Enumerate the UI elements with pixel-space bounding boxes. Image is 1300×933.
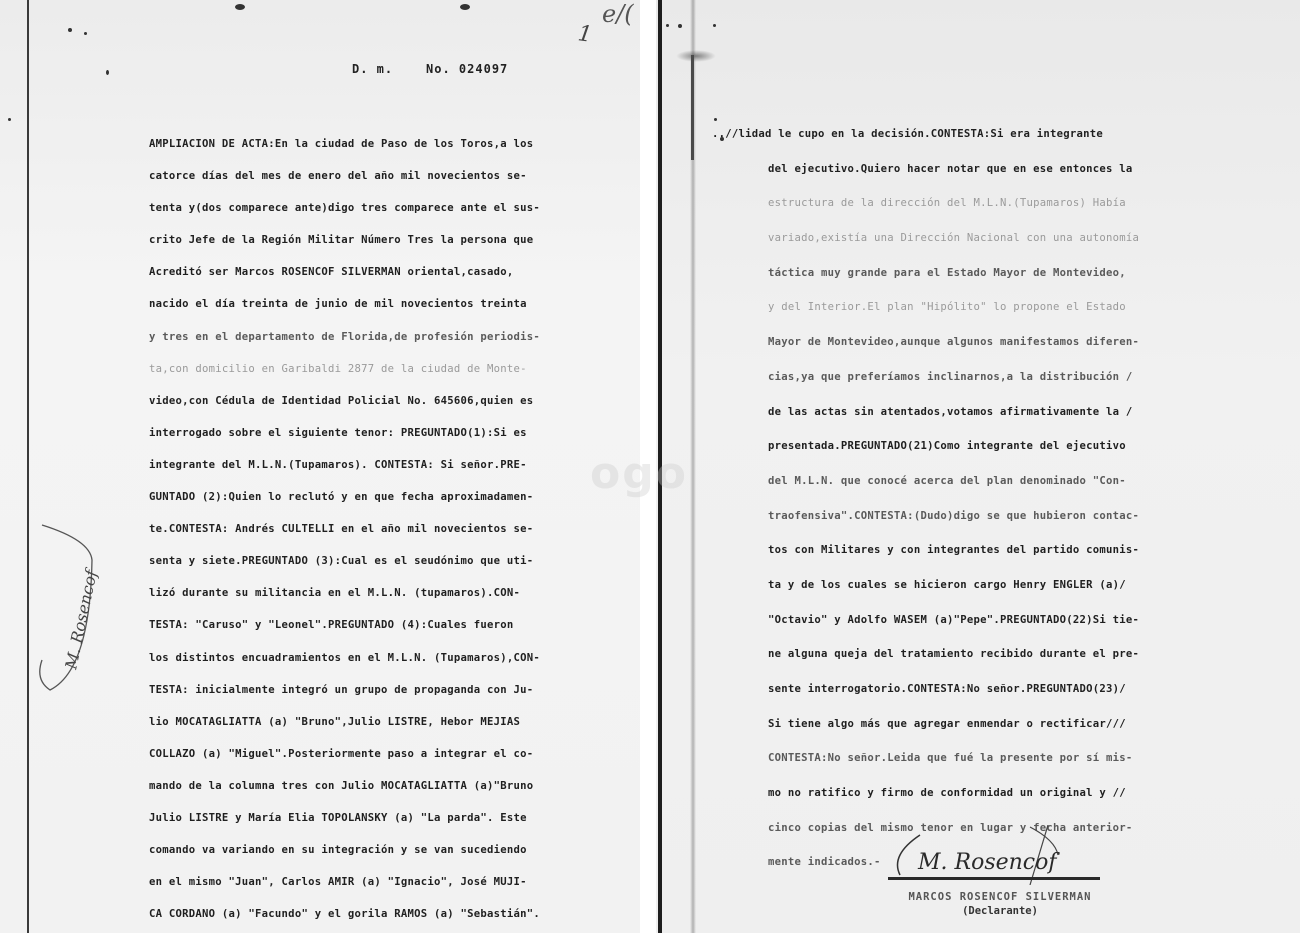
- text-line: mando de la columna tres con Julio MOCAT…: [149, 770, 619, 802]
- text-line: crito Jefe de la Región Militar Número T…: [149, 224, 619, 256]
- ink-speck: [68, 28, 72, 32]
- text-line: Acreditó ser Marcos ROSENCOF SILVERMAN o…: [149, 256, 619, 288]
- text-line: GUNTADO (2):Quien lo reclutó y en que fe…: [149, 481, 619, 513]
- text-line: Julio LISTRE y María Elia TOPOLANSKY (a)…: [149, 802, 619, 834]
- margin-signature-icon: M. Rosencof: [30, 520, 100, 700]
- text-line: táctica muy grande para el Estado Mayor …: [712, 256, 1232, 291]
- left-page-body-text: AMPLIACION DE ACTA:En la ciudad de Paso …: [149, 128, 619, 930]
- signature-block: M. Rosencof MARCOS ROSENCOF SILVERMAN (D…: [880, 825, 1120, 933]
- svg-text:M. Rosencof: M. Rosencof: [61, 565, 100, 671]
- text-line: estructura de la dirección del M.L.N.(Tu…: [712, 186, 1232, 221]
- text-line: traofensiva".CONTESTA:(Dudo)digo se que …: [712, 499, 1232, 534]
- text-line: de las actas sin atentados,votamos afirm…: [712, 395, 1232, 430]
- text-line: senta y siete.PREGUNTADO (3):Cual es el …: [149, 545, 619, 577]
- signer-role: (Declarante): [880, 905, 1120, 917]
- handwritten-page-number: 1: [576, 21, 593, 48]
- text-line: video,con Cédula de Identidad Policial N…: [149, 385, 619, 417]
- ink-speck: [666, 24, 669, 27]
- text-line: Si tiene algo más que agregar enmendar o…: [712, 707, 1232, 742]
- text-line: mo no ratifico y firmo de conformidad un…: [712, 776, 1232, 811]
- signature-line: [888, 877, 1100, 880]
- ink-speck: [8, 118, 11, 121]
- text-line: TESTA: "Caruso" y "Leonel".PREGUNTADO (4…: [149, 609, 619, 641]
- fold-mark: [691, 55, 694, 160]
- text-line: COLLAZO (a) "Miguel".Posteriormente paso…: [149, 738, 619, 770]
- margin-rule: [27, 0, 29, 933]
- text-line: ..//lidad le cupo en la decisión.CONTEST…: [712, 117, 1232, 152]
- text-line: ta y de los cuales se hicieron cargo Hen…: [712, 568, 1232, 603]
- text-line: del M.L.N. que conocé acerca del plan de…: [712, 464, 1232, 499]
- text-line: ne alguna queja del tratamiento recibido…: [712, 637, 1232, 672]
- text-line: variado,existía una Dirección Nacional c…: [712, 221, 1232, 256]
- text-line: "Octavio" y Adolfo WASEM (a)"Pepe".PREGU…: [712, 603, 1232, 638]
- text-line: y del Interior.El plan "Hipólito" lo pro…: [712, 290, 1232, 325]
- text-line: te.CONTESTA: Andrés CULTELLI en el año m…: [149, 513, 619, 545]
- text-line: TESTA: inicialmente integró un grupo de …: [149, 674, 619, 706]
- text-line: y tres en el departamento de Florida,de …: [149, 321, 619, 353]
- handwritten-signature-icon: M. Rosencof: [880, 825, 1120, 885]
- text-line: cias,ya que preferíamos inclinarnos,a la…: [712, 360, 1232, 395]
- fold-crease: [676, 50, 716, 62]
- text-line: presentada.PREGUNTADO(21)Como integrante…: [712, 429, 1232, 464]
- ink-speck: [106, 70, 109, 75]
- text-line: Mayor de Montevideo,aunque algunos manif…: [712, 325, 1232, 360]
- corner-handwritten-mark: e/(: [602, 0, 634, 28]
- text-line: tenta y(dos comparece ante)digo tres com…: [149, 192, 619, 224]
- ink-speck: [235, 4, 245, 10]
- document-reference-number: D. m. No. 024097: [352, 62, 508, 76]
- text-line: AMPLIACION DE ACTA:En la ciudad de Paso …: [149, 128, 619, 160]
- text-line: nacido el día treinta de junio de mil no…: [149, 288, 619, 320]
- watermark: ogo: [590, 448, 688, 499]
- right-page-body-text: ..//lidad le cupo en la decisión.CONTEST…: [712, 117, 1232, 880]
- ink-speck: [713, 24, 716, 27]
- text-line: lio MOCATAGLIATTA (a) "Bruno",Julio LIST…: [149, 706, 619, 738]
- text-line: del ejecutivo.Quiero hacer notar que en …: [712, 152, 1232, 187]
- text-line: tos con Militares y con integrantes del …: [712, 533, 1232, 568]
- text-line: ta,con domicilio en Garibaldi 2877 de la…: [149, 353, 619, 385]
- text-line: catorce días del mes de enero del año mi…: [149, 160, 619, 192]
- ink-speck: [460, 4, 470, 10]
- text-line: CONTESTA:No señor.Leida que fué la prese…: [712, 741, 1232, 776]
- text-line: comando va variando en su integración y …: [149, 834, 619, 866]
- text-line: sente interrogatorio.CONTESTA:No señor.P…: [712, 672, 1232, 707]
- text-line: los distintos encuadramientos en el M.L.…: [149, 642, 619, 674]
- text-line: integrante del M.L.N.(Tupamaros). CONTES…: [149, 449, 619, 481]
- text-line: CA CORDANO (a) "Facundo" y el gorila RAM…: [149, 898, 619, 930]
- svg-text:M. Rosencof: M. Rosencof: [917, 850, 1060, 875]
- signer-name: MARCOS ROSENCOF SILVERMAN: [880, 891, 1120, 903]
- ink-speck: [84, 32, 87, 35]
- ink-speck: [678, 24, 682, 28]
- text-line: en el mismo "Juan", Carlos AMIR (a) "Ign…: [149, 866, 619, 898]
- text-line: interrogado sobre el siguiente tenor: PR…: [149, 417, 619, 449]
- text-line: lizó durante su militancia en el M.L.N. …: [149, 577, 619, 609]
